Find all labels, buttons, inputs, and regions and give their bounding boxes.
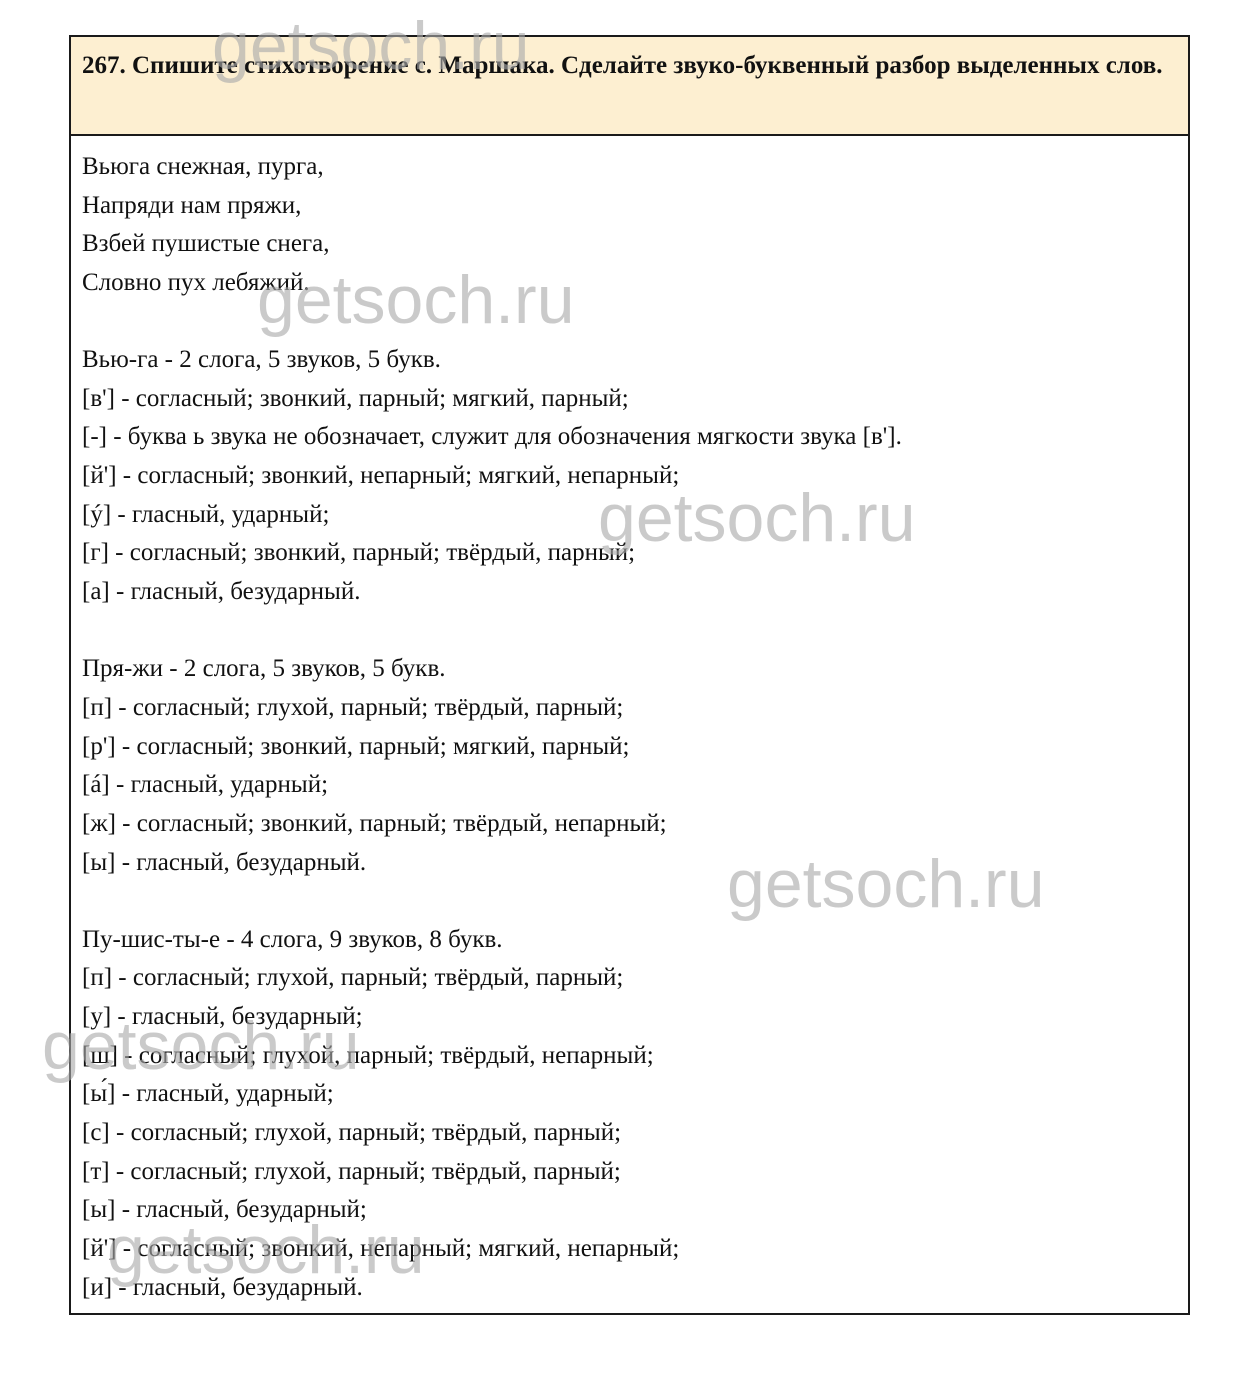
analysis-pushistye: Пу-шис-ты-е - 4 слога, 9 звуков, 8 букв.…: [82, 921, 1188, 1307]
spacer: [82, 303, 1188, 342]
poem-line: Словно пух лебяжий.: [82, 264, 1188, 303]
poem-line: Вьюга снежная, пурга,: [82, 148, 1188, 187]
poem-line: Взбей пушистые снега,: [82, 225, 1188, 264]
analysis-pryazhi: Пря-жи - 2 слога, 5 звуков, 5 букв. [п] …: [82, 650, 1188, 882]
sound-line: [á] - гласный, ударный;: [82, 766, 1188, 805]
task-header: 267. Спишите стихотворение с. Маршака. С…: [71, 37, 1188, 136]
sound-line: [в'] - согласный; звонкий, парный; мягки…: [82, 380, 1188, 419]
sound-line: [п] - согласный; глухой, парный; твёрдый…: [82, 689, 1188, 728]
sound-line: [р'] - согласный; звонкий, парный; мягки…: [82, 728, 1188, 767]
sound-line: [ш] - согласный; глухой, парный; твёрдый…: [82, 1037, 1188, 1076]
poem-line: Напряди нам пряжи,: [82, 187, 1188, 226]
sound-line: [ж] - согласный; звонкий, парный; твёрды…: [82, 805, 1188, 844]
sound-line: [ý] - гласный, ударный;: [82, 496, 1188, 535]
spacer: [82, 612, 1188, 651]
sound-line: [а] - гласный, безударный.: [82, 573, 1188, 612]
sound-line: [п] - согласный; глухой, парный; твёрдый…: [82, 959, 1188, 998]
analysis-summary: Вью-га - 2 слога, 5 звуков, 5 букв.: [82, 341, 1188, 380]
sound-line: [й'] - согласный; звонкий, непарный; мяг…: [82, 1230, 1188, 1269]
sound-line: [и] - гласный, безударный.: [82, 1269, 1188, 1308]
analysis-vyuga: Вью-га - 2 слога, 5 звуков, 5 букв. [в']…: [82, 341, 1188, 611]
analysis-summary: Пря-жи - 2 слога, 5 звуков, 5 букв.: [82, 650, 1188, 689]
sound-line: [й'] - согласный; звонкий, непарный; мяг…: [82, 457, 1188, 496]
analysis-summary: Пу-шис-ты-е - 4 слога, 9 звуков, 8 букв.: [82, 921, 1188, 960]
sound-line: [у] - гласный, безударный;: [82, 998, 1188, 1037]
spacer: [82, 882, 1188, 921]
sound-line: [ы] - гласный, безударный.: [82, 844, 1188, 883]
task-body: Вьюга снежная, пурга, Напряди нам пряжи,…: [71, 136, 1188, 1313]
sound-line: [с] - согласный; глухой, парный; твёрдый…: [82, 1114, 1188, 1153]
sound-line: [ы́] - гласный, ударный;: [82, 1075, 1188, 1114]
sound-line: [г] - согласный; звонкий, парный; твёрды…: [82, 534, 1188, 573]
sound-line: [т] - согласный; глухой, парный; твёрдый…: [82, 1153, 1188, 1192]
task-table: 267. Спишите стихотворение с. Маршака. С…: [69, 35, 1190, 1315]
sound-line: [-] - буква ь звука не обозначает, служи…: [82, 418, 1188, 457]
poem: Вьюга снежная, пурга, Напряди нам пряжи,…: [82, 148, 1188, 303]
sound-line: [ы] - гласный, безударный;: [82, 1191, 1188, 1230]
